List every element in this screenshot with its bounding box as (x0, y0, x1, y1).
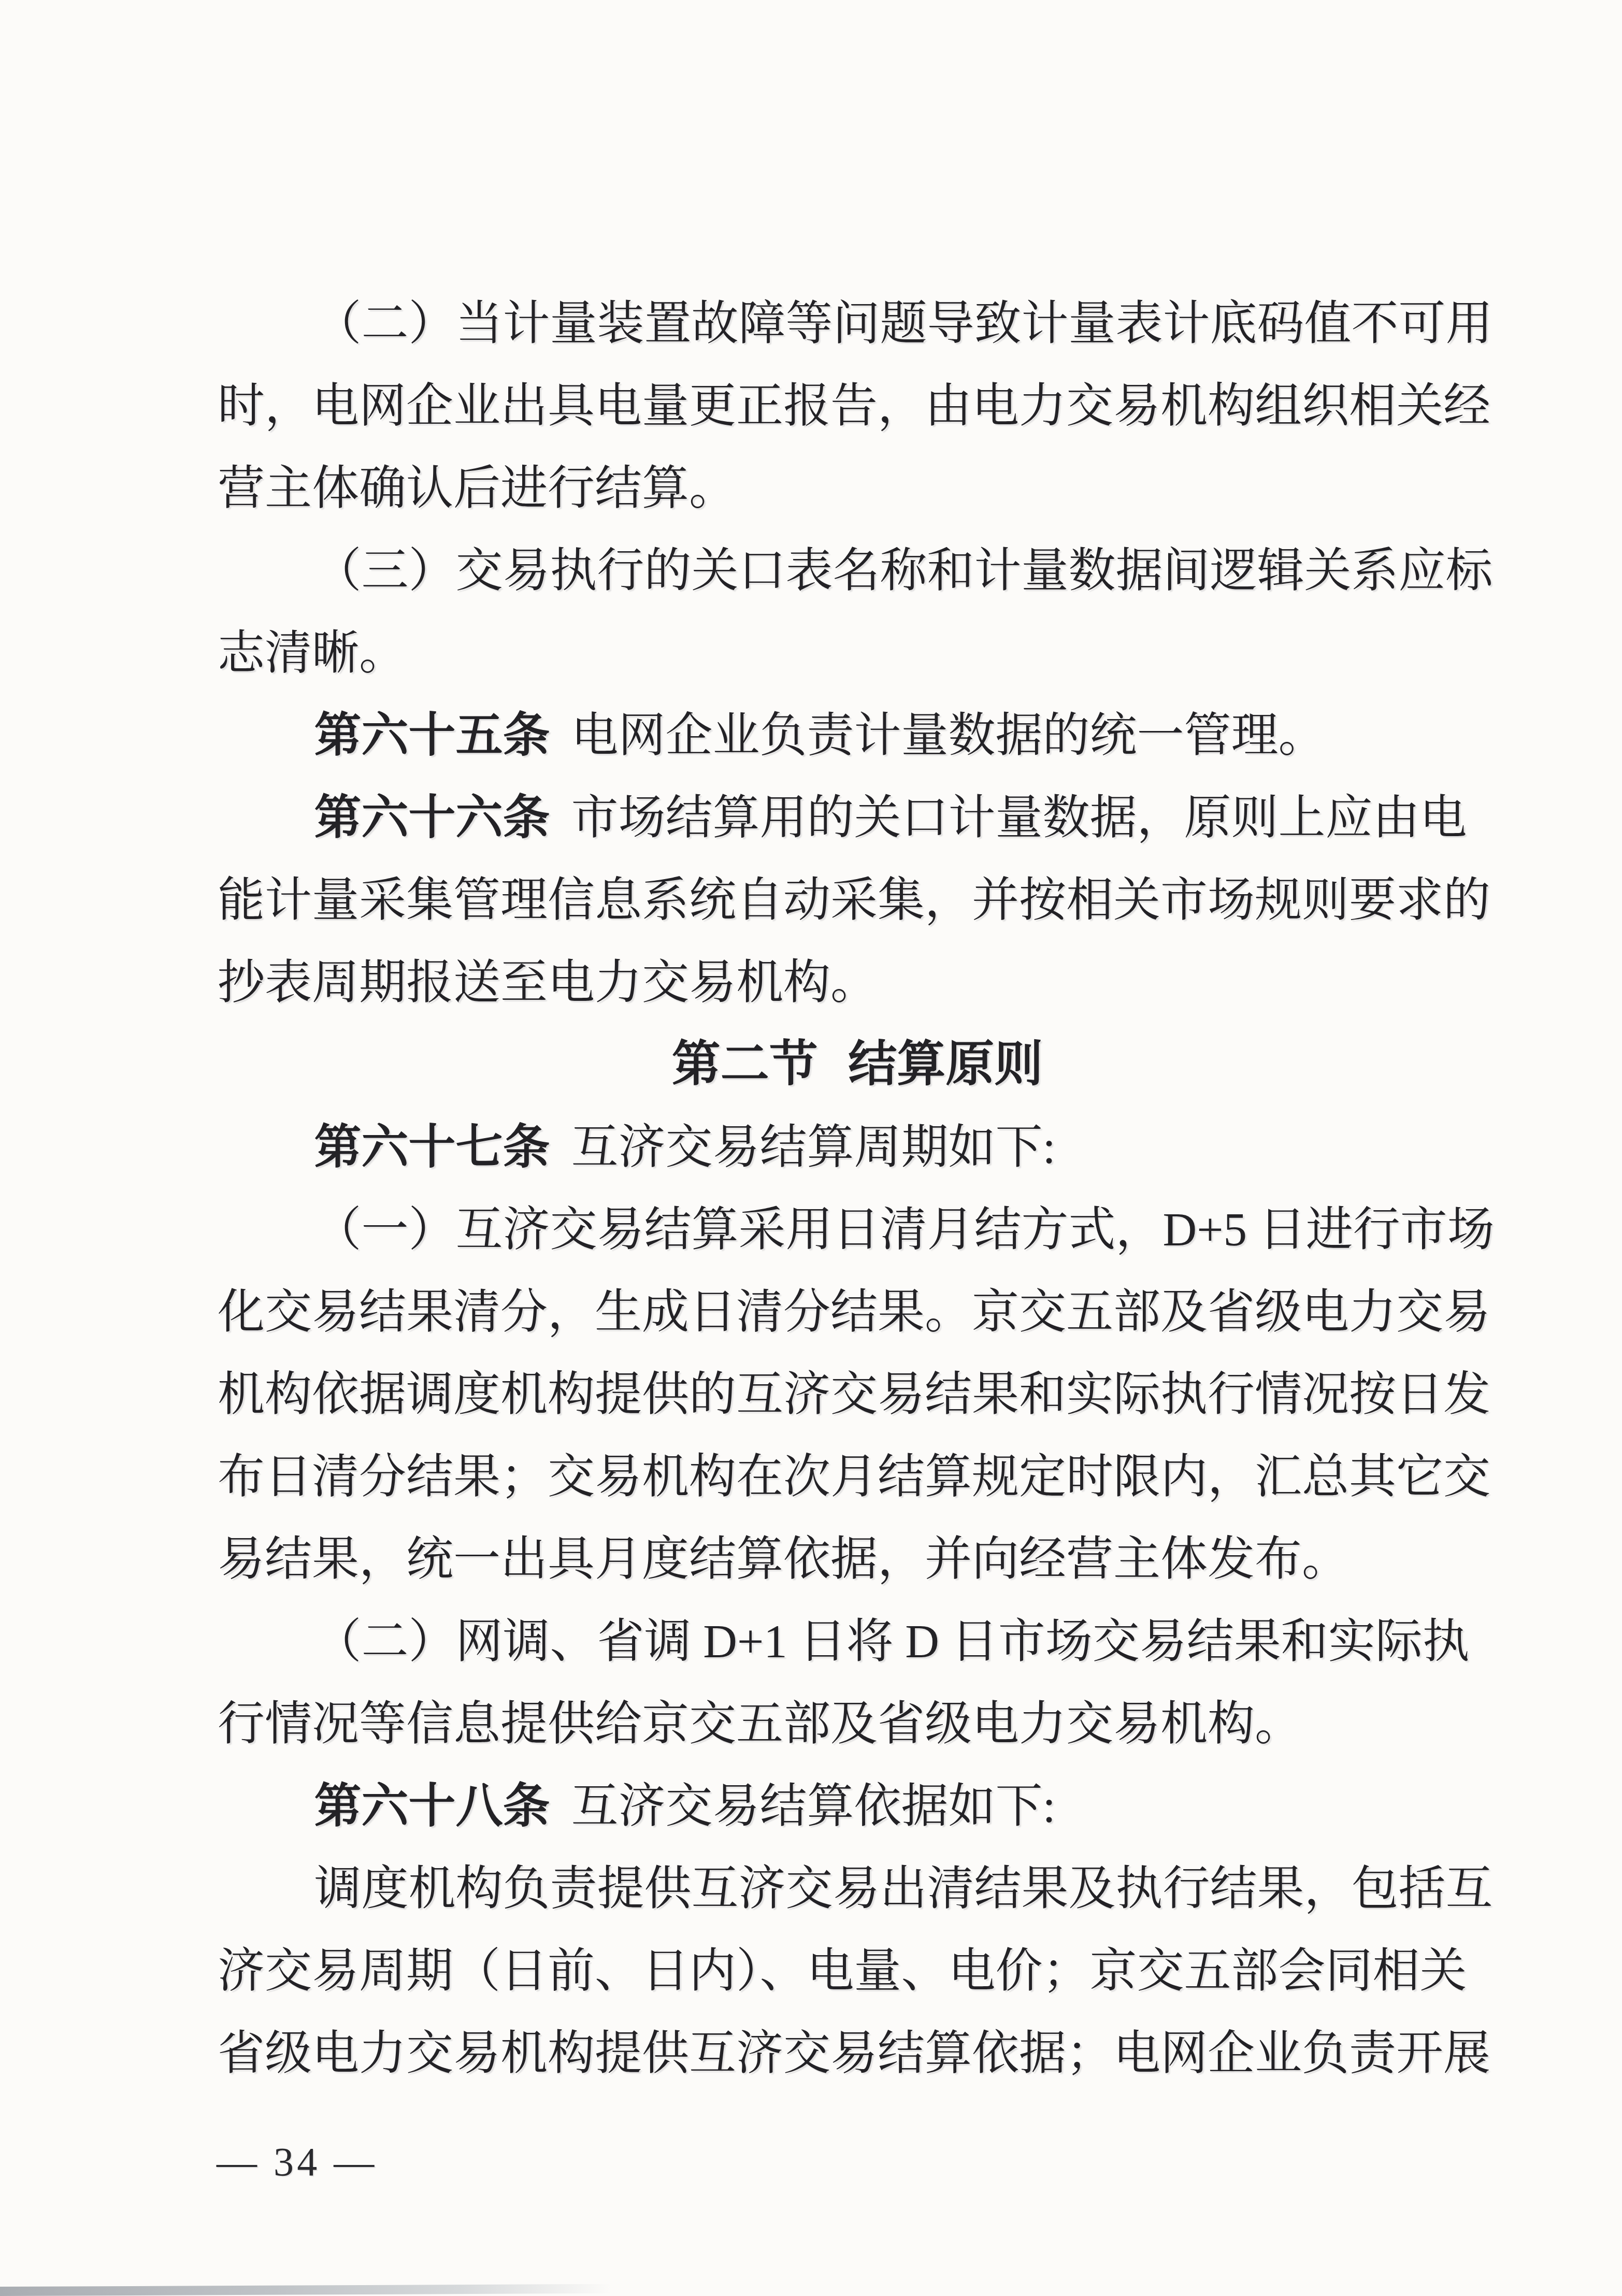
text-line: （二）当计量装置故障等问题导致计量表计底码值不可用 (218, 282, 1497, 365)
text-line: 营主体确认后进行结算。 (218, 447, 1497, 529)
article-text: 互济交易结算周期如下: (571, 1121, 1056, 1173)
text-line: （二）网调、省调 D+1 日将 D 日市场交易结果和实际执 (218, 1600, 1497, 1683)
text-line: 第六十五条电网企业负责计量数据的统一管理。 (218, 694, 1497, 777)
page-number: — 34 — (217, 2133, 377, 2190)
text-line: 调度机构负责提供互济交易出清结果及执行结果，包括互 (218, 1847, 1497, 1930)
article-number: 第六十五条 (314, 709, 550, 762)
article-text: 市场结算用的关口计量数据，原则上应由电 (571, 792, 1467, 844)
text-line: 第六十七条互济交易结算周期如下: (218, 1106, 1497, 1188)
section-heading: 第二节结算原则 (218, 1024, 1497, 1106)
text-block: （二）当计量装置故障等问题导致计量表计底码值不可用 时，电网企业出具电量更正报告… (218, 282, 1497, 2094)
text-line: 化交易结果清分，生成日清分结果。京交五部及省级电力交易 (218, 1271, 1497, 1353)
text-line: 行情况等信息提供给京交五部及省级电力交易机构。 (218, 1683, 1497, 1765)
text-line: 能计量采集管理信息系统自动采集，并按相关市场规则要求的 (218, 859, 1497, 941)
scan-edge-artifact (0, 2284, 611, 2296)
document-page: （二）当计量装置故障等问题导致计量表计底码值不可用 时，电网企业出具电量更正报告… (0, 0, 1622, 2296)
article-text: 互济交易结算依据如下: (571, 1780, 1056, 1832)
text-line: 布日清分结果；交易机构在次月结算规定时限内，汇总其它交 (218, 1436, 1497, 1518)
text-line: 抄表周期报送至电力交易机构。 (218, 941, 1497, 1024)
section-heading-number: 第二节 (672, 1038, 818, 1092)
text-line: 济交易周期（日前、日内）、电量、电价；京交五部会同相关 (218, 1930, 1497, 2012)
text-line: 时，电网企业出具电量更正报告，由电力交易机构组织相关经 (218, 365, 1497, 447)
article-number: 第六十七条 (314, 1121, 550, 1173)
text-line: 志清晰。 (218, 612, 1497, 694)
article-text: 电网企业负责计量数据的统一管理。 (571, 709, 1326, 762)
text-line: 机构依据调度机构提供的互济交易结果和实际执行情况按日发 (218, 1353, 1497, 1436)
text-line: （三）交易执行的关口表名称和计量数据间逻辑关系应标 (218, 529, 1497, 612)
article-number: 第六十六条 (314, 792, 550, 844)
text-line: 易结果，统一出具月度结算依据，并向经营主体发布。 (218, 1518, 1497, 1600)
text-line: 第六十六条市场结算用的关口计量数据，原则上应由电 (218, 777, 1497, 859)
text-line: （一）互济交易结算采用日清月结方式，D+5 日进行市场 (218, 1188, 1497, 1271)
article-number: 第六十八条 (314, 1780, 550, 1832)
text-line: 省级电力交易机构提供互济交易结算依据；电网企业负责开展 (218, 2012, 1497, 2094)
section-heading-title: 结算原则 (848, 1038, 1043, 1092)
text-line: 第六十八条互济交易结算依据如下: (218, 1765, 1497, 1847)
